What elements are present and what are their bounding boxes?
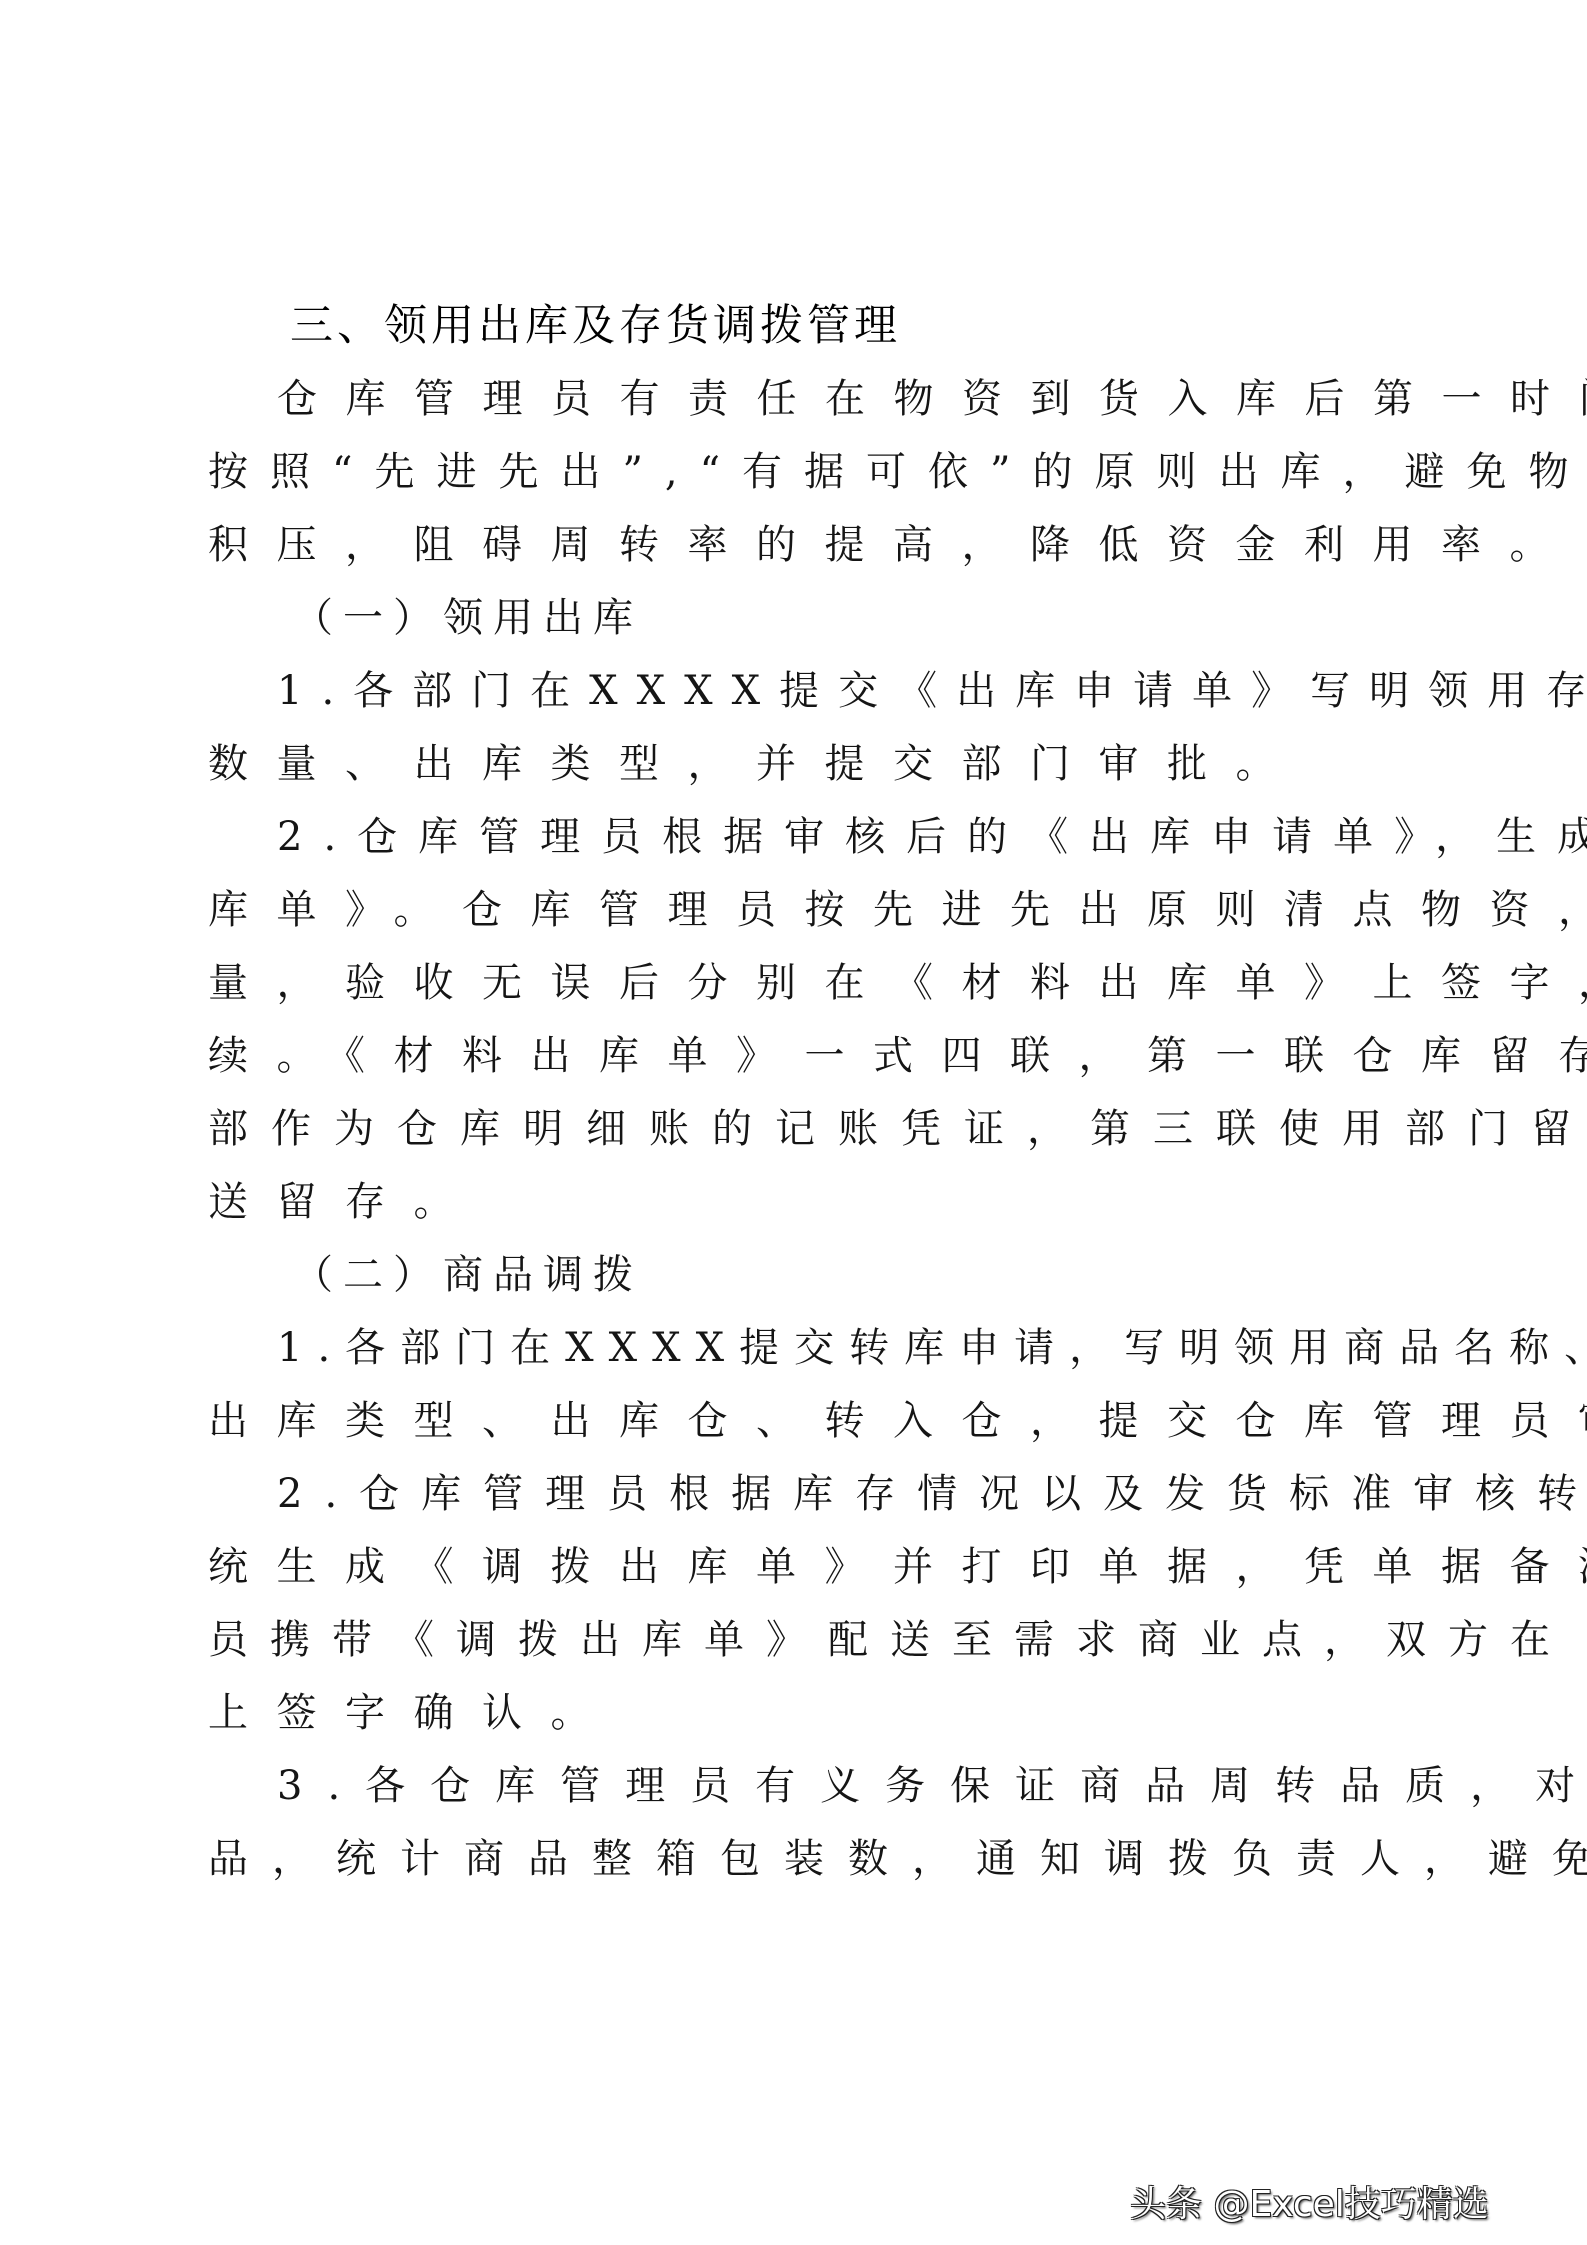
list-item-line: 品，统计商品整箱包装数，通知调拨负责人，避免零散发货及因 <box>208 1823 1384 1896</box>
list-item-line: 送留存。 <box>208 1166 1384 1239</box>
intro-line: 仓库管理员有责任在物资到货入库后第一时间通知请购人， <box>208 363 1384 436</box>
intro-line: 按照“先进先出”,“有据可依”的原则出库，避免物资无故滞留 <box>208 436 1384 509</box>
list-item-line: 1.各部门在XXXX提交转库申请，写明领用商品名称、数量、 <box>208 1312 1384 1385</box>
section-title: 三、领用出库及存货调拨管理 <box>208 290 1384 363</box>
list-item-line: 出库类型、出库仓、转入仓，提交仓库管理员审批。 <box>208 1385 1384 1458</box>
subsection-title: （二）商品调拨 <box>208 1239 1384 1312</box>
list-item-line: 数量、出库类型，并提交部门审批。 <box>208 728 1384 801</box>
list-item-line: 量，验收无误后分别在《材料出库单》上签字，办理物资出库手 <box>208 947 1384 1020</box>
list-item-line: 2.仓库管理员根据库存情况以及发货标准审核转库申请，系 <box>208 1458 1384 1531</box>
list-item-line: 库单》。仓库管理员按先进先出原则清点物资，双方共同核对数 <box>208 874 1384 947</box>
list-item-line: 上签字确认。 <box>208 1677 1384 1750</box>
intro-line: 积压，阻碍周转率的提高，降低资金利用率。 <box>208 509 1384 582</box>
list-item-line: 统生成《调拨出库单》并打印单据，凭单据备清商品，仓库配送 <box>208 1531 1384 1604</box>
subsection-title: （一）领用出库 <box>208 582 1384 655</box>
list-item-line: 3.各仓库管理员有义务保证商品周转品质，对整箱出库商 <box>208 1750 1384 1823</box>
list-item-line: 1.各部门在XXXX提交《出库申请单》写明领用存货名称、 <box>208 655 1384 728</box>
watermark-text: 头条 @Excel技巧精选 <box>1130 2176 1489 2227</box>
list-item-line: 2.仓库管理员根据审核后的《出库申请单》，生成《材料出 <box>208 801 1384 874</box>
document-page: 三、领用出库及存货调拨管理 仓库管理员有责任在物资到货入库后第一时间通知请购人，… <box>208 290 1384 1896</box>
list-item-line: 续。《材料出库单》一式四联，第一联仓库留存，第二联交财务 <box>208 1020 1384 1093</box>
list-item-line: 员携带《调拨出库单》配送至需求商业点，双方在《调拨出库单》 <box>208 1604 1384 1677</box>
list-item-line: 部作为仓库明细账的记账凭证，第三联使用部门留存，第四联配 <box>208 1093 1384 1166</box>
